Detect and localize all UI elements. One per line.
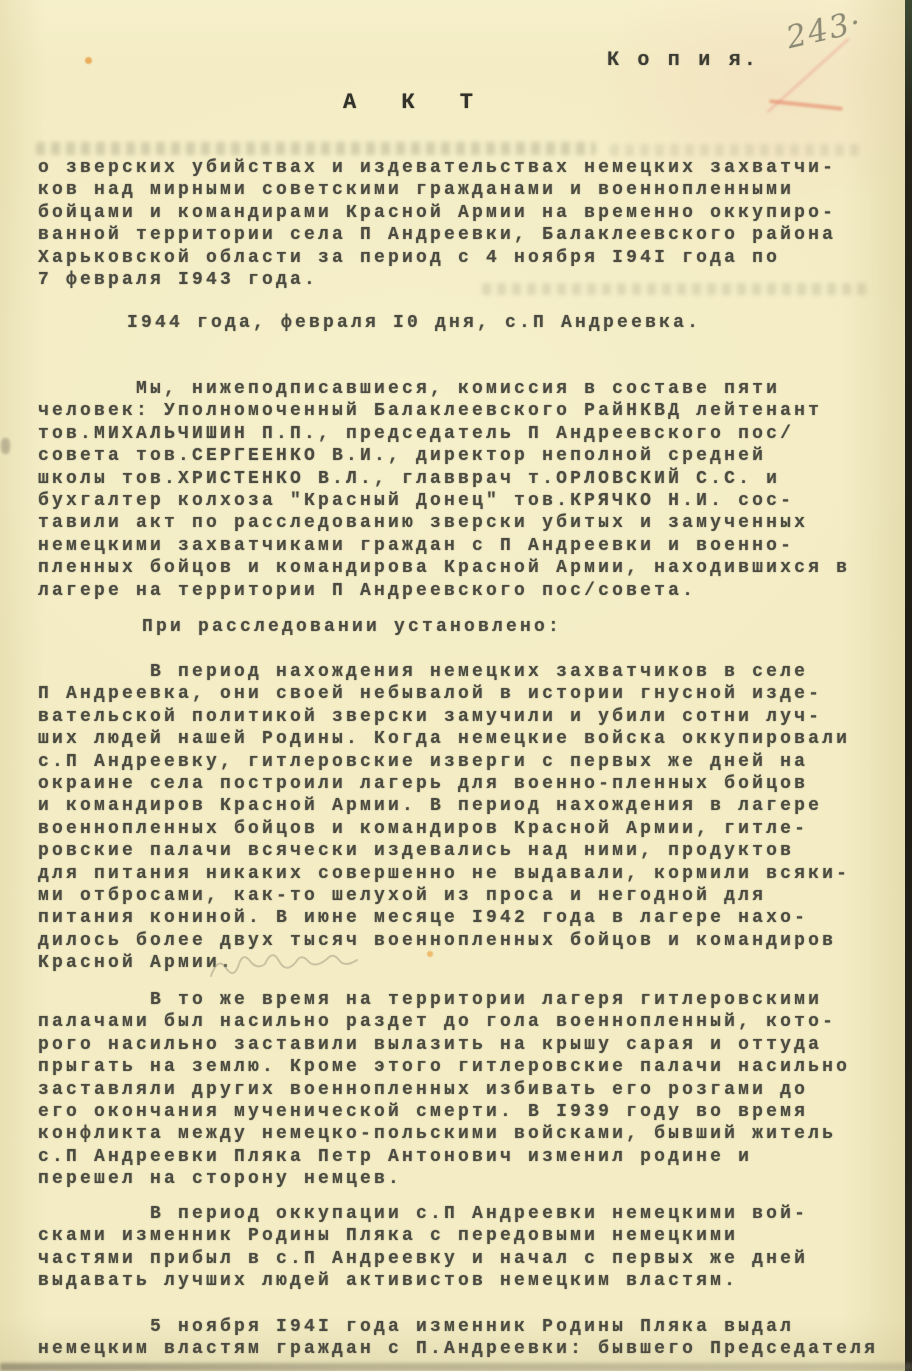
- paragraph-occupation: В период оккупации с.П Андреевки немецки…: [38, 1203, 808, 1293]
- handwritten-page-number: 243·: [783, 4, 866, 56]
- paragraph-commission: Мы, нижеподписавшиеся, комиссия в состав…: [38, 378, 850, 602]
- orange-speck-mid: [427, 951, 433, 957]
- date-line: I944 года, февраля I0 дня, с.П Андреевка…: [127, 312, 701, 334]
- document-title: А К Т: [343, 92, 489, 114]
- margin-smudge: [1, 438, 10, 454]
- scan-edge-right: [905, 0, 912, 1371]
- orange-speck-top-left: [85, 57, 92, 64]
- document-scan-page: 243· К о п и я. А К Т о зверских убийств…: [0, 0, 912, 1371]
- heading-established: При расследовании установлено:: [142, 616, 562, 638]
- paragraph-torture-traitor: В то же время на территории лагеря гитле…: [38, 989, 850, 1191]
- paragraph-preamble: о зверских убийствах и издевательствах н…: [38, 157, 836, 291]
- paragraph-betrayal: 5 ноября I94I года изменник Родины Пляка…: [38, 1316, 878, 1361]
- ghost-impression-top: [36, 142, 596, 155]
- paragraph-findings-camp: В период нахождения немецких захватчиков…: [38, 661, 850, 975]
- ghost-impression-top-right: [610, 144, 860, 156]
- pencil-scribble: [205, 944, 375, 990]
- scan-edge-bottom: [0, 1363, 912, 1371]
- copy-label: К о п и я.: [607, 50, 759, 72]
- red-pencil-mark-short: [769, 99, 843, 111]
